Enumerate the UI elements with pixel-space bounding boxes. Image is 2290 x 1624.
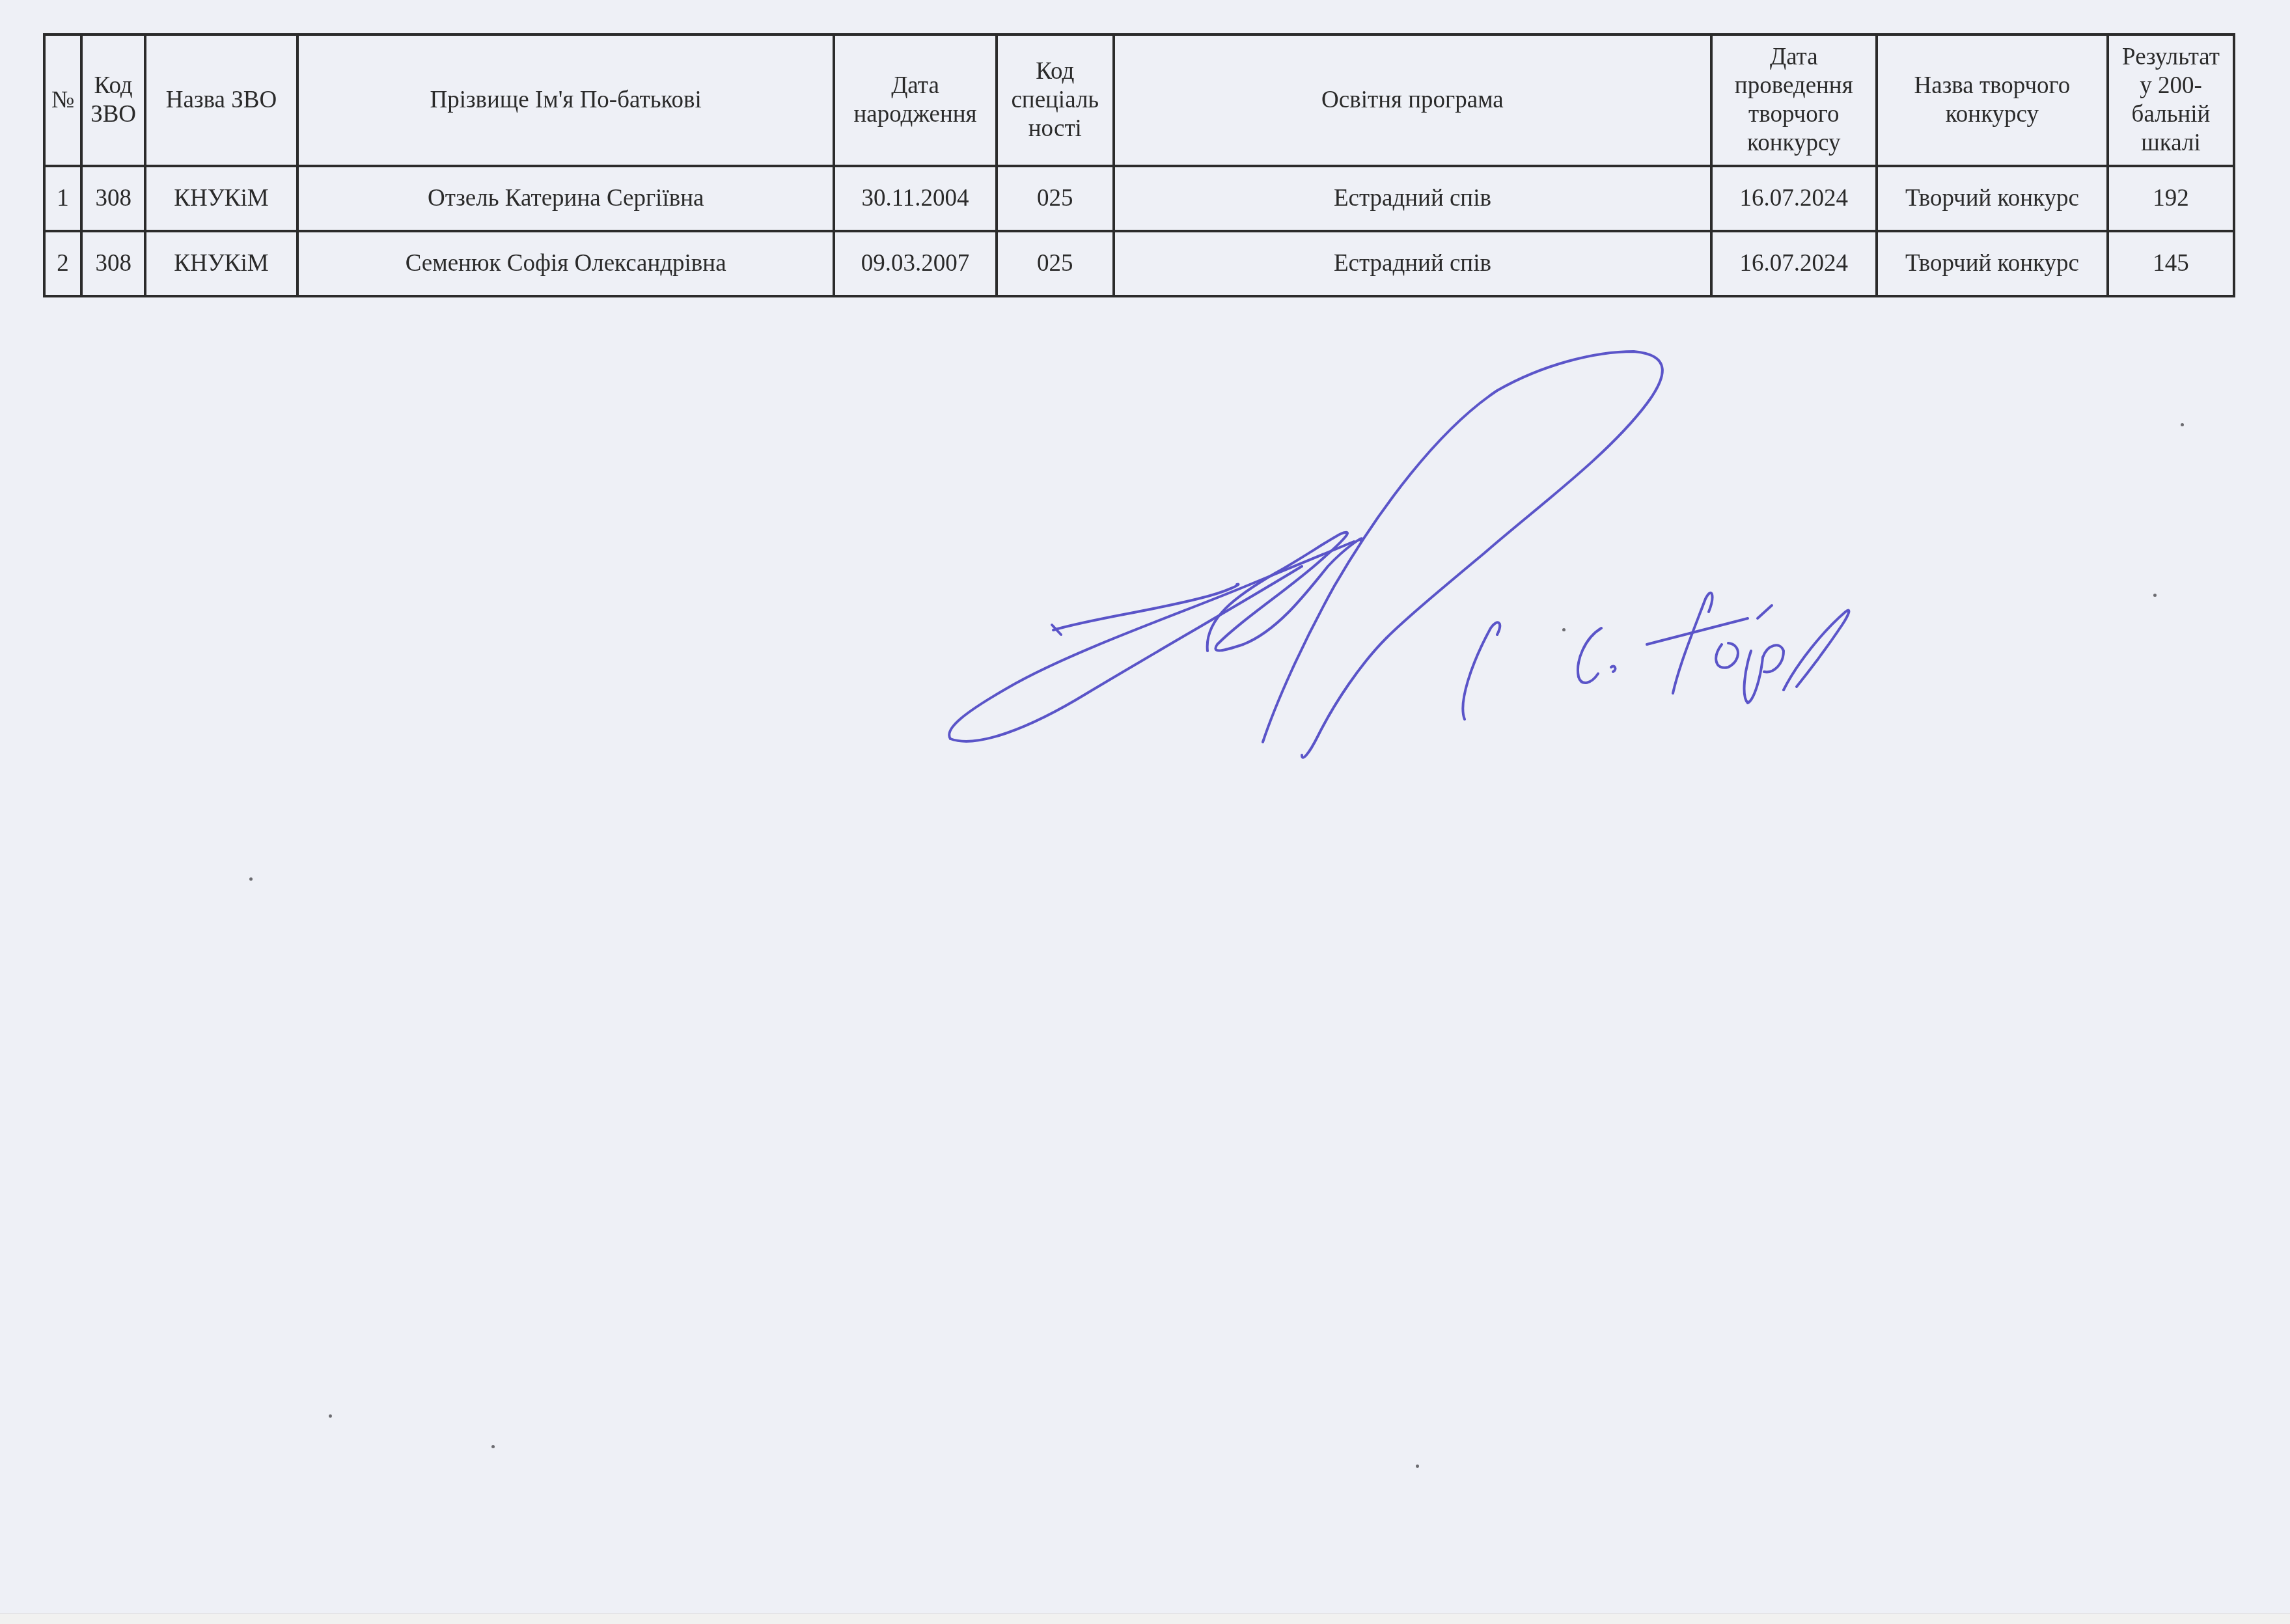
cell-university: КНУКіМ [145, 166, 297, 231]
scan-speck [249, 877, 253, 881]
header-program: Освітня програма [1114, 34, 1711, 166]
table-row: 1 308 КНУКіМ Отзель Катерина Сергіївна 3… [44, 166, 2234, 231]
header-specialty-code: Код спеціаль ності [997, 34, 1114, 166]
cell-specialty-code: 025 [997, 231, 1114, 296]
scan-speck [1562, 628, 1566, 631]
header-university: Назва ЗВО [145, 34, 297, 166]
cell-code: 308 [81, 231, 145, 296]
results-table: № Код ЗВО Назва ЗВО Прізвище Ім'я По-бат… [43, 33, 2235, 297]
header-code: Код ЗВО [81, 34, 145, 166]
scan-speck [2181, 423, 2184, 426]
cell-contest-name: Творчий конкурс [1877, 231, 2108, 296]
cell-score: 145 [2108, 231, 2234, 296]
handwritten-signature [937, 338, 1914, 768]
scan-bottom-edge [0, 1613, 2290, 1624]
header-score: Результат у 200- бальній шкалі [2108, 34, 2234, 166]
cell-num: 1 [44, 166, 81, 231]
cell-full-name: Семенюк Софія Олександрівна [297, 231, 835, 296]
cell-program: Естрадний спів [1114, 231, 1711, 296]
header-contest-name: Назва творчого конкурсу [1877, 34, 2108, 166]
cell-program: Естрадний спів [1114, 166, 1711, 231]
cell-birth-date: 30.11.2004 [834, 166, 996, 231]
cell-full-name: Отзель Катерина Сергіївна [297, 166, 835, 231]
cell-contest-name: Творчий конкурс [1877, 166, 2108, 231]
cell-code: 308 [81, 166, 145, 231]
header-contest-date: Дата проведення творчого конкурсу [1711, 34, 1877, 166]
cell-birth-date: 09.03.2007 [834, 231, 996, 296]
header-birth-date: Дата народження [834, 34, 996, 166]
cell-university: КНУКіМ [145, 231, 297, 296]
cell-score: 192 [2108, 166, 2234, 231]
table-row: 2 308 КНУКіМ Семенюк Софія Олександрівна… [44, 231, 2234, 296]
cell-specialty-code: 025 [997, 166, 1114, 231]
cell-num: 2 [44, 231, 81, 296]
cell-contest-date: 16.07.2024 [1711, 166, 1877, 231]
scan-speck [1416, 1465, 1419, 1468]
header-num: № [44, 34, 81, 166]
header-full-name: Прізвище Ім'я По-батькові [297, 34, 835, 166]
scan-speck [491, 1445, 495, 1448]
scan-speck [329, 1414, 332, 1418]
scan-speck [2153, 594, 2157, 597]
cell-contest-date: 16.07.2024 [1711, 231, 1877, 296]
table-header-row: № Код ЗВО Назва ЗВО Прізвище Ім'я По-бат… [44, 34, 2234, 166]
